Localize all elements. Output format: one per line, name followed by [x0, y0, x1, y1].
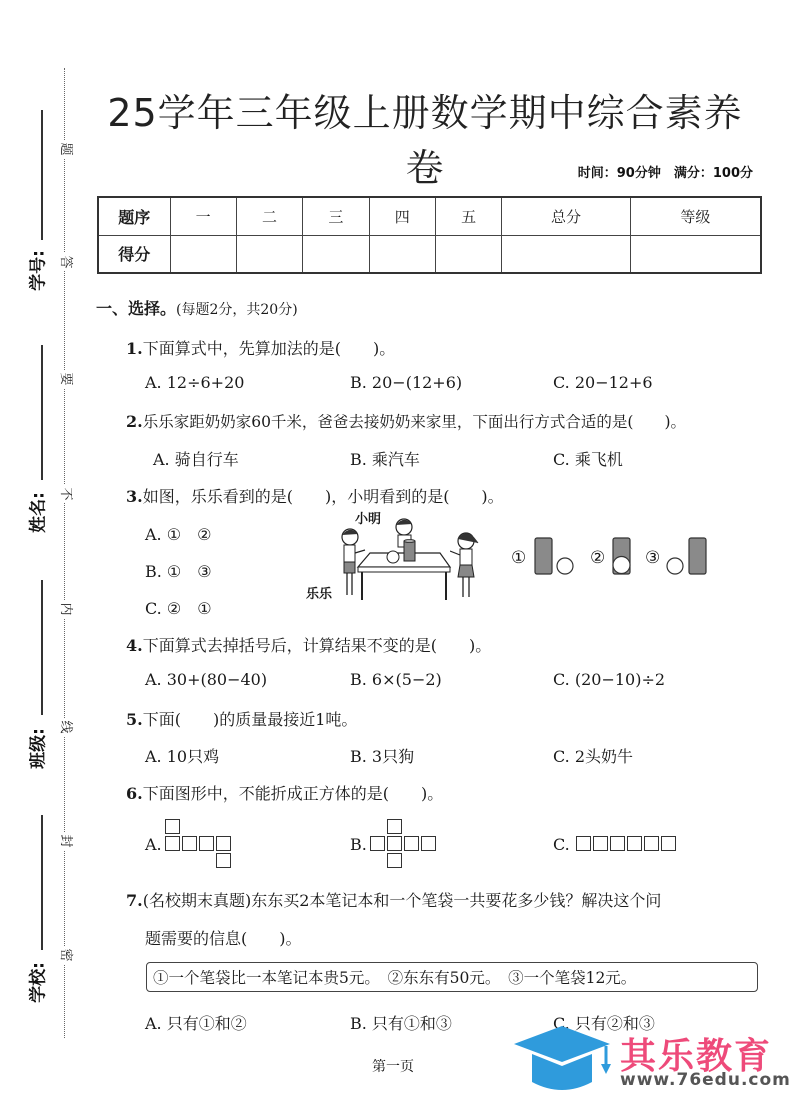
lele-label: 乐乐 — [306, 583, 332, 602]
view-2-cylinder-ball-icon — [609, 536, 635, 576]
question-number: 3. — [126, 487, 143, 506]
question-7-continued: 题需要的信息( )。 — [145, 926, 302, 949]
page-number: 第一页 — [372, 1056, 414, 1076]
option-b[interactable]: B. 只有①和③ — [350, 1011, 452, 1034]
option-a[interactable]: A. 12÷6+20 — [145, 373, 244, 392]
col-head: 等级 — [630, 197, 761, 235]
option-c[interactable]: C. 2头奶牛 — [553, 744, 633, 767]
seal-word: 题 — [56, 140, 74, 158]
question-text: 如图，乐乐看到的是( )，小明看到的是( )。 — [143, 487, 504, 506]
score-cell[interactable] — [369, 235, 435, 273]
class-label: 班级: — [24, 719, 49, 779]
col-head: 四 — [369, 197, 435, 235]
name-field[interactable] — [41, 345, 43, 480]
question-text: 题需要的信息( )。 — [145, 929, 302, 948]
option-a[interactable]: A. 30+(80−40) — [145, 670, 267, 689]
question-6: 6.下面图形中，不能折成正方体的是( )。 — [126, 781, 443, 804]
question-text: 下面( )的质量最接近1吨。 — [143, 710, 358, 729]
view-3-label: ③ — [645, 548, 660, 568]
col-head: 五 — [435, 197, 501, 235]
seal-word: 要 — [56, 370, 74, 388]
option-c[interactable]: C. (20−10)÷2 — [553, 670, 665, 689]
brand-url: www.76edu.com — [620, 1070, 791, 1090]
seal-word: 封 — [56, 832, 74, 850]
seal-word: 不 — [56, 485, 74, 503]
view-2-label: ② — [590, 548, 605, 568]
score-cell[interactable] — [502, 235, 631, 273]
option-c[interactable]: C. 20−12+6 — [553, 373, 653, 392]
score-table: 题序 一 二 三 四 五 总分 等级 得分 — [97, 196, 762, 274]
score-cell[interactable] — [630, 235, 761, 273]
score-cell[interactable] — [236, 235, 302, 273]
question-text: 下面图形中，不能折成正方体的是( )。 — [143, 784, 444, 803]
view-3-ball-cylinder-icon — [665, 536, 711, 576]
info-box: ①一个笔袋比一本笔记本贵5元。 ②东东有50元。 ③一个笔袋12元。 — [146, 962, 758, 992]
binding-strip: 题 答 要 不 内 线 封 密 学号: 姓名: 班级: 学校: — [0, 0, 95, 1102]
question-text: 下面算式中，先算加法的是( )。 — [143, 339, 396, 358]
question-3: 3.如图，乐乐看到的是( )，小明看到的是( )。 — [126, 484, 504, 507]
view-options: ① ② ③ — [505, 530, 715, 585]
question-number: 4. — [126, 636, 143, 655]
option-a[interactable]: A. ① ② — [145, 522, 211, 545]
class-field[interactable] — [41, 580, 43, 715]
score-table-header-row: 题序 一 二 三 四 五 总分 等级 — [98, 197, 761, 235]
option-b[interactable]: B. 乘汽车 — [350, 447, 420, 470]
option-c[interactable]: C. ② ① — [145, 596, 212, 619]
col-head: 三 — [303, 197, 369, 235]
option-a[interactable]: A. 骑自行车 — [153, 447, 239, 470]
question-7: 7.(名校期末真题)东东买2本笔记本和一个笔袋一共要花多少钱？解决这个问 — [126, 888, 661, 911]
score-cell[interactable] — [435, 235, 501, 273]
xiaoming-label: 小明 — [355, 508, 381, 527]
question-number: 5. — [126, 710, 143, 729]
option-c[interactable]: C. 乘飞机 — [553, 447, 623, 470]
question-1: 1.下面算式中，先算加法的是( )。 — [126, 336, 395, 359]
col-head: 一 — [170, 197, 236, 235]
option-a[interactable]: A. 10只鸡 — [145, 744, 219, 767]
question-5: 5.下面( )的质量最接近1吨。 — [126, 707, 357, 730]
question-4: 4.下面算式去掉括号后，计算结果不变的是( )。 — [126, 633, 491, 656]
view-1-cylinder-ball-icon — [533, 536, 577, 576]
col-head: 总分 — [502, 197, 631, 235]
option-b[interactable]: B. — [350, 835, 367, 854]
section-title: 一、选择。 — [96, 299, 176, 318]
option-a[interactable]: A. — [145, 835, 162, 854]
view-1-label: ① — [511, 548, 526, 568]
student-id-label: 学号: — [24, 241, 49, 301]
question-text: 乐乐家距奶奶家60千米，爸爸去接奶奶来家里，下面出行方式合适的是( )。 — [143, 413, 686, 431]
table-scene-illustration: 小明 乐乐 — [300, 505, 460, 605]
option-c[interactable]: C. — [553, 835, 570, 854]
option-b[interactable]: B. 3只狗 — [350, 744, 414, 767]
question-number: 2. — [126, 412, 143, 431]
name-label: 姓名: — [24, 483, 49, 543]
seal-word: 线 — [56, 718, 74, 736]
score-cell[interactable] — [170, 235, 236, 273]
graduation-cap-icon — [510, 1024, 618, 1096]
question-2: 2.乐乐家距奶奶家60千米，爸爸去接奶奶来家里，下面出行方式合适的是( )。 — [126, 410, 686, 432]
question-text: 下面算式去掉括号后，计算结果不变的是( )。 — [143, 636, 492, 655]
option-a[interactable]: A. 只有①和② — [145, 1011, 247, 1034]
row-head-question-no: 题序 — [98, 197, 170, 235]
watermark-logo: 其乐教育 www.76edu.com — [510, 1024, 793, 1102]
col-head: 二 — [236, 197, 302, 235]
option-b[interactable]: B. 20−(12+6) — [350, 373, 462, 392]
question-number: 6. — [126, 784, 143, 803]
question-number: 1. — [126, 339, 143, 358]
score-table-score-row: 得分 — [98, 235, 761, 273]
question-number: 7. — [126, 891, 143, 910]
option-b[interactable]: B. 6×(5−2) — [350, 670, 442, 689]
section-heading: 一、选择。(每题2分，共20分) — [96, 296, 298, 319]
seal-word: 答 — [56, 253, 74, 271]
score-cell[interactable] — [303, 235, 369, 273]
exam-meta: 时间：90分钟 满分：100分 — [578, 162, 753, 181]
girl-figure-icon — [450, 525, 490, 605]
seal-word: 内 — [56, 600, 74, 618]
seal-word: 密 — [56, 946, 74, 964]
section-note: (每题2分，共20分) — [176, 302, 298, 318]
option-b[interactable]: B. ① ③ — [145, 559, 212, 582]
row-head-score: 得分 — [98, 235, 170, 273]
seal-dashed-line — [64, 68, 65, 1038]
student-id-field[interactable] — [41, 110, 43, 240]
question-text: (名校期末真题)东东买2本笔记本和一个笔袋一共要花多少钱？解决这个问 — [143, 891, 662, 910]
school-field[interactable] — [41, 815, 43, 950]
school-label: 学校: — [24, 953, 49, 1013]
